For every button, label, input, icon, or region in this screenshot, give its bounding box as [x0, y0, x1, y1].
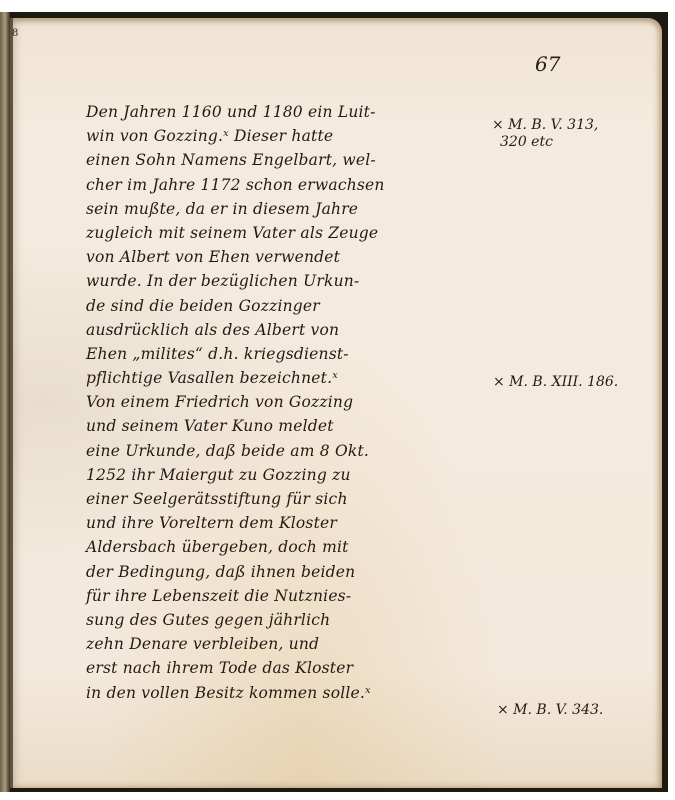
corner-mark: 8 [12, 28, 18, 39]
text-line: Von einem Friedrich von Gozzing [86, 390, 486, 414]
text-line: Ehen „milites“ d.h. kriegsdienst- [86, 342, 486, 366]
text-line: sung des Gutes gegen jährlich [86, 608, 486, 632]
text-line: der Bedingung, daß ihnen beiden [86, 560, 486, 584]
text-line: de sind die beiden Gozzinger [86, 294, 486, 318]
text-line: sein mußte, da er in diesem Jahre [86, 197, 486, 221]
page-number: 67 [535, 52, 560, 76]
text-line: eine Urkunde, daß beide am 8 Okt. [86, 439, 486, 463]
marginal-note-citation: × M. B. V. 313, 320 etc [492, 117, 598, 151]
text-line: zugleich mit seinem Vater als Zeuge [86, 221, 486, 245]
text-line: von Albert von Ehen verwendet [86, 245, 486, 269]
text-line: und seinem Vater Kuno meldet [86, 414, 486, 438]
text-line: für ihre Lebenszeit die Nutznies- [86, 584, 486, 608]
text-line: ausdrücklich als des Albert von [86, 318, 486, 342]
text-line: pflichtige Vasallen bezeichnet.ˣ [86, 366, 486, 390]
text-line: und ihre Voreltern dem Kloster [86, 511, 486, 535]
text-line: win von Gozzing.ˣ Dieser hatte [86, 124, 486, 148]
handwritten-body-text: Den Jahren 1160 und 1180 ein Luit- win v… [86, 100, 486, 705]
text-line: einer Seelgerätsstiftung für sich [86, 487, 486, 511]
text-line: Aldersbach übergeben, doch mit [86, 535, 486, 559]
page-edge [10, 18, 13, 788]
text-line: 1252 ihr Maiergut zu Gozzing zu [86, 463, 486, 487]
text-line: Den Jahren 1160 und 1180 ein Luit- [86, 100, 486, 124]
marginal-note-line: × M. B. V. 343. [497, 702, 603, 719]
book-binding [0, 12, 10, 792]
text-line: in den vollen Besitz kommen solle.ˣ [86, 681, 486, 705]
text-line: wurde. In der bezüglichen Urkun- [86, 269, 486, 293]
text-line: erst nach ihrem Tode das Kloster [86, 656, 486, 680]
text-line: zehn Denare verbleiben, und [86, 632, 486, 656]
marginal-note-citation: × M. B. V. 343. [497, 702, 603, 719]
text-line: cher im Jahre 1172 schon erwachsen [86, 173, 486, 197]
marginal-note-line: × M. B. V. 313, [492, 117, 598, 134]
marginal-note-line: 320 etc [492, 134, 598, 151]
marginal-note-line: × M. B. XIII. 186. [493, 374, 618, 391]
text-line: einen Sohn Namens Engelbart, wel- [86, 148, 486, 172]
marginal-note-citation: × M. B. XIII. 186. [493, 374, 618, 391]
